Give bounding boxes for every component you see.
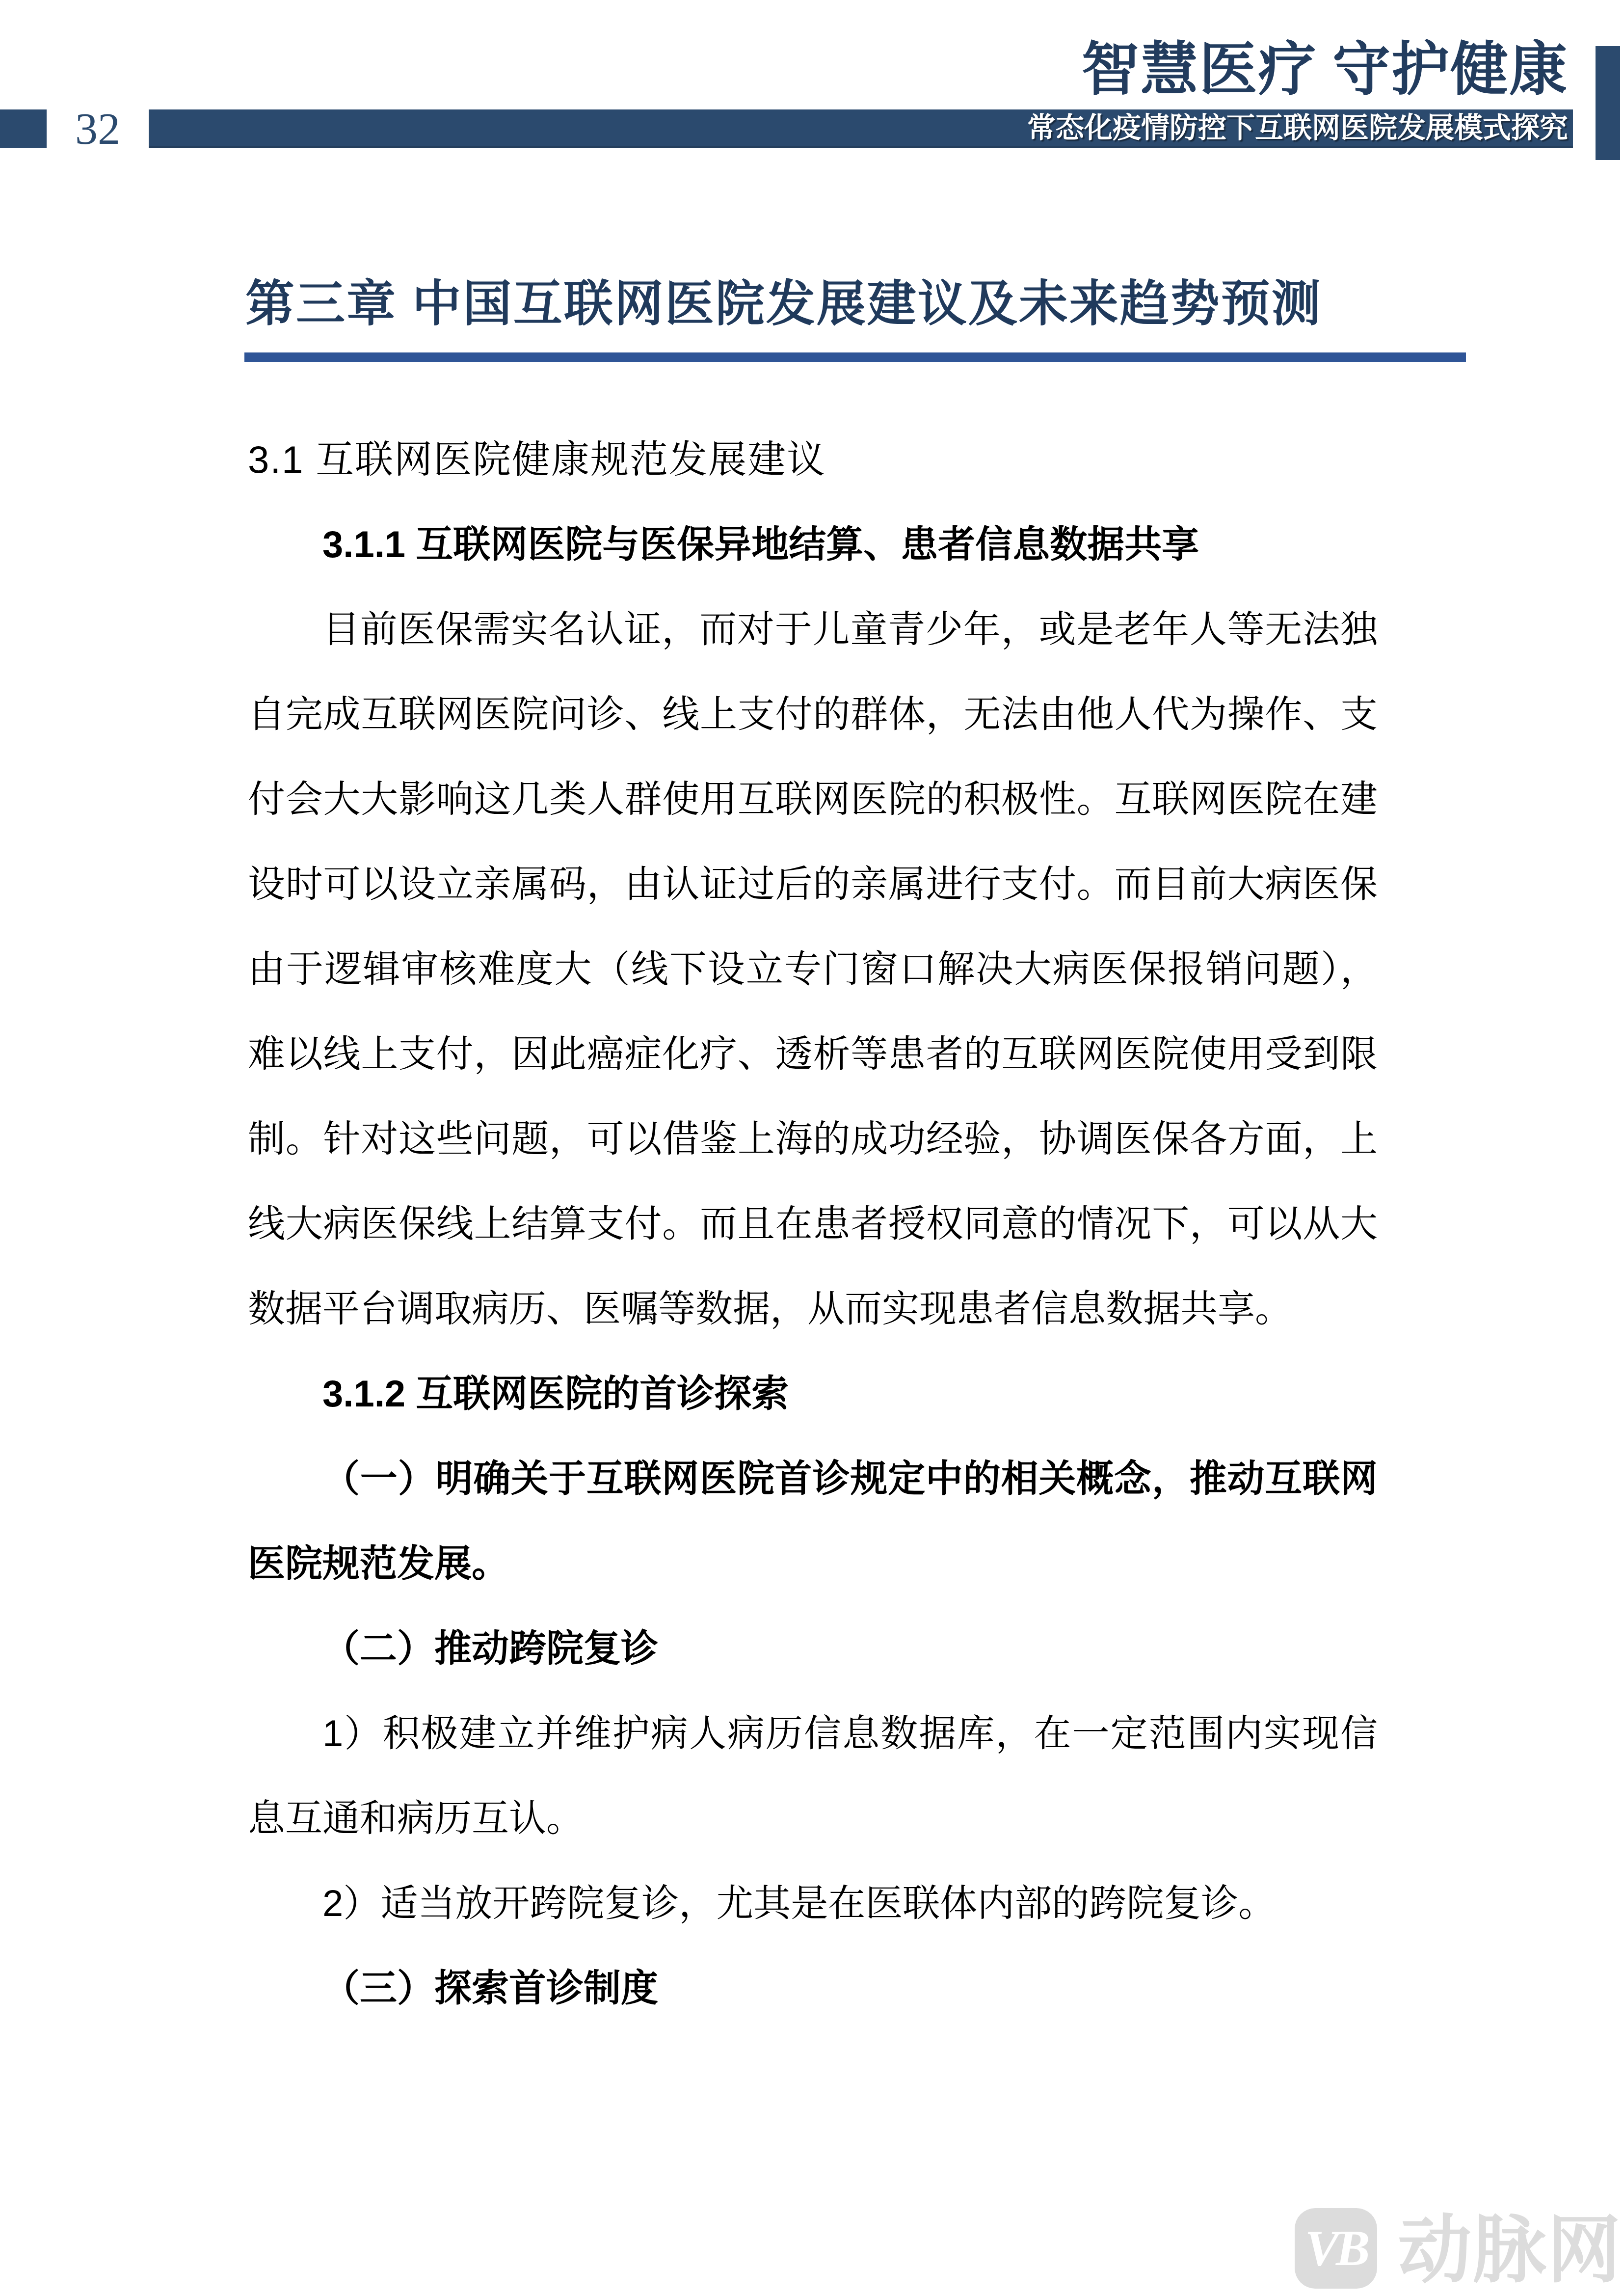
- header-banner: 常态化疫情防控下互联网医院发展模式探究: [149, 109, 1573, 148]
- document-page: 智慧医疗 守护健康 32 常态化疫情防控下互联网医院发展模式探究 第三章 中国互…: [0, 0, 1623, 2296]
- watermark: VB 动脉网: [1295, 2208, 1622, 2290]
- vb-logo-icon: VB: [1295, 2208, 1377, 2289]
- text-line: 数据平台调取病历、医嘱等数据，从而实现患者信息数据共享。: [248, 1267, 1378, 1351]
- page-number: 32: [47, 107, 149, 150]
- text-line: 2）适当放开跨院复诊，尤其是在医联体内部的跨院复诊。: [248, 1861, 1378, 1946]
- chapter-title-rule: [244, 352, 1466, 362]
- text-line: 自完成互联网医院问诊、线上支付的群体，无法由他人代为操作、支: [248, 672, 1378, 757]
- text-line: （三）探索首诊制度: [248, 1946, 1378, 2031]
- header-banner-text: 常态化疫情防控下互联网医院发展模式探究: [1027, 109, 1568, 146]
- text-line: 3.1.2 互联网医院的首诊探索: [248, 1351, 1378, 1436]
- text-line: 设时可以设立亲属码，由认证过后的亲属进行支付。而目前大病医保: [248, 842, 1378, 927]
- text-line: 付会大大影响这几类人群使用互联网医院的积极性。互联网医院在建: [248, 757, 1378, 842]
- text-line: 目前医保需实名认证，而对于儿童青少年，或是老年人等无法独: [248, 587, 1378, 672]
- header-accent-bar: [1596, 46, 1620, 160]
- text-line: 医院规范发展。: [248, 1521, 1378, 1606]
- text-line: 制。针对这些问题，可以借鉴上海的成功经验，协调医保各方面，上: [248, 1097, 1378, 1182]
- text-line: 3.1.1 互联网医院与医保异地结算、患者信息数据共享: [248, 502, 1378, 587]
- vb-logo-letters: VB: [1305, 2220, 1367, 2276]
- header-slogan: 智慧医疗 守护健康: [1081, 38, 1568, 102]
- text-line: 由于逻辑审核难度大（线下设立专门窗口解决大病医保报销问题），: [248, 927, 1378, 1012]
- content-block: 3.1 互联网医院健康规范发展建议3.1.1 互联网医院与医保异地结算、患者信息…: [248, 417, 1378, 2031]
- text-line: 息互通和病历互认。: [248, 1776, 1378, 1861]
- text-line: （一）明确关于互联网医院首诊规定中的相关概念，推动互联网: [248, 1436, 1378, 1521]
- text-line: 难以线上支付，因此癌症化疗、透析等患者的互联网医院使用受到限: [248, 1012, 1378, 1097]
- watermark-text: 动脉网: [1398, 2208, 1622, 2292]
- text-line: 线大病医保线上结算支付。而且在患者授权同意的情况下，可以从大: [248, 1182, 1378, 1267]
- page-number-block: [0, 109, 47, 148]
- text-line: 1）积极建立并维护病人病历信息数据库，在一定范围内实现信: [248, 1691, 1378, 1776]
- chapter-title: 第三章 中国互联网医院发展建议及未来趋势预测: [245, 264, 1322, 335]
- text-line: 3.1 互联网医院健康规范发展建议: [248, 417, 1378, 502]
- text-line: （二）推动跨院复诊: [248, 1606, 1378, 1691]
